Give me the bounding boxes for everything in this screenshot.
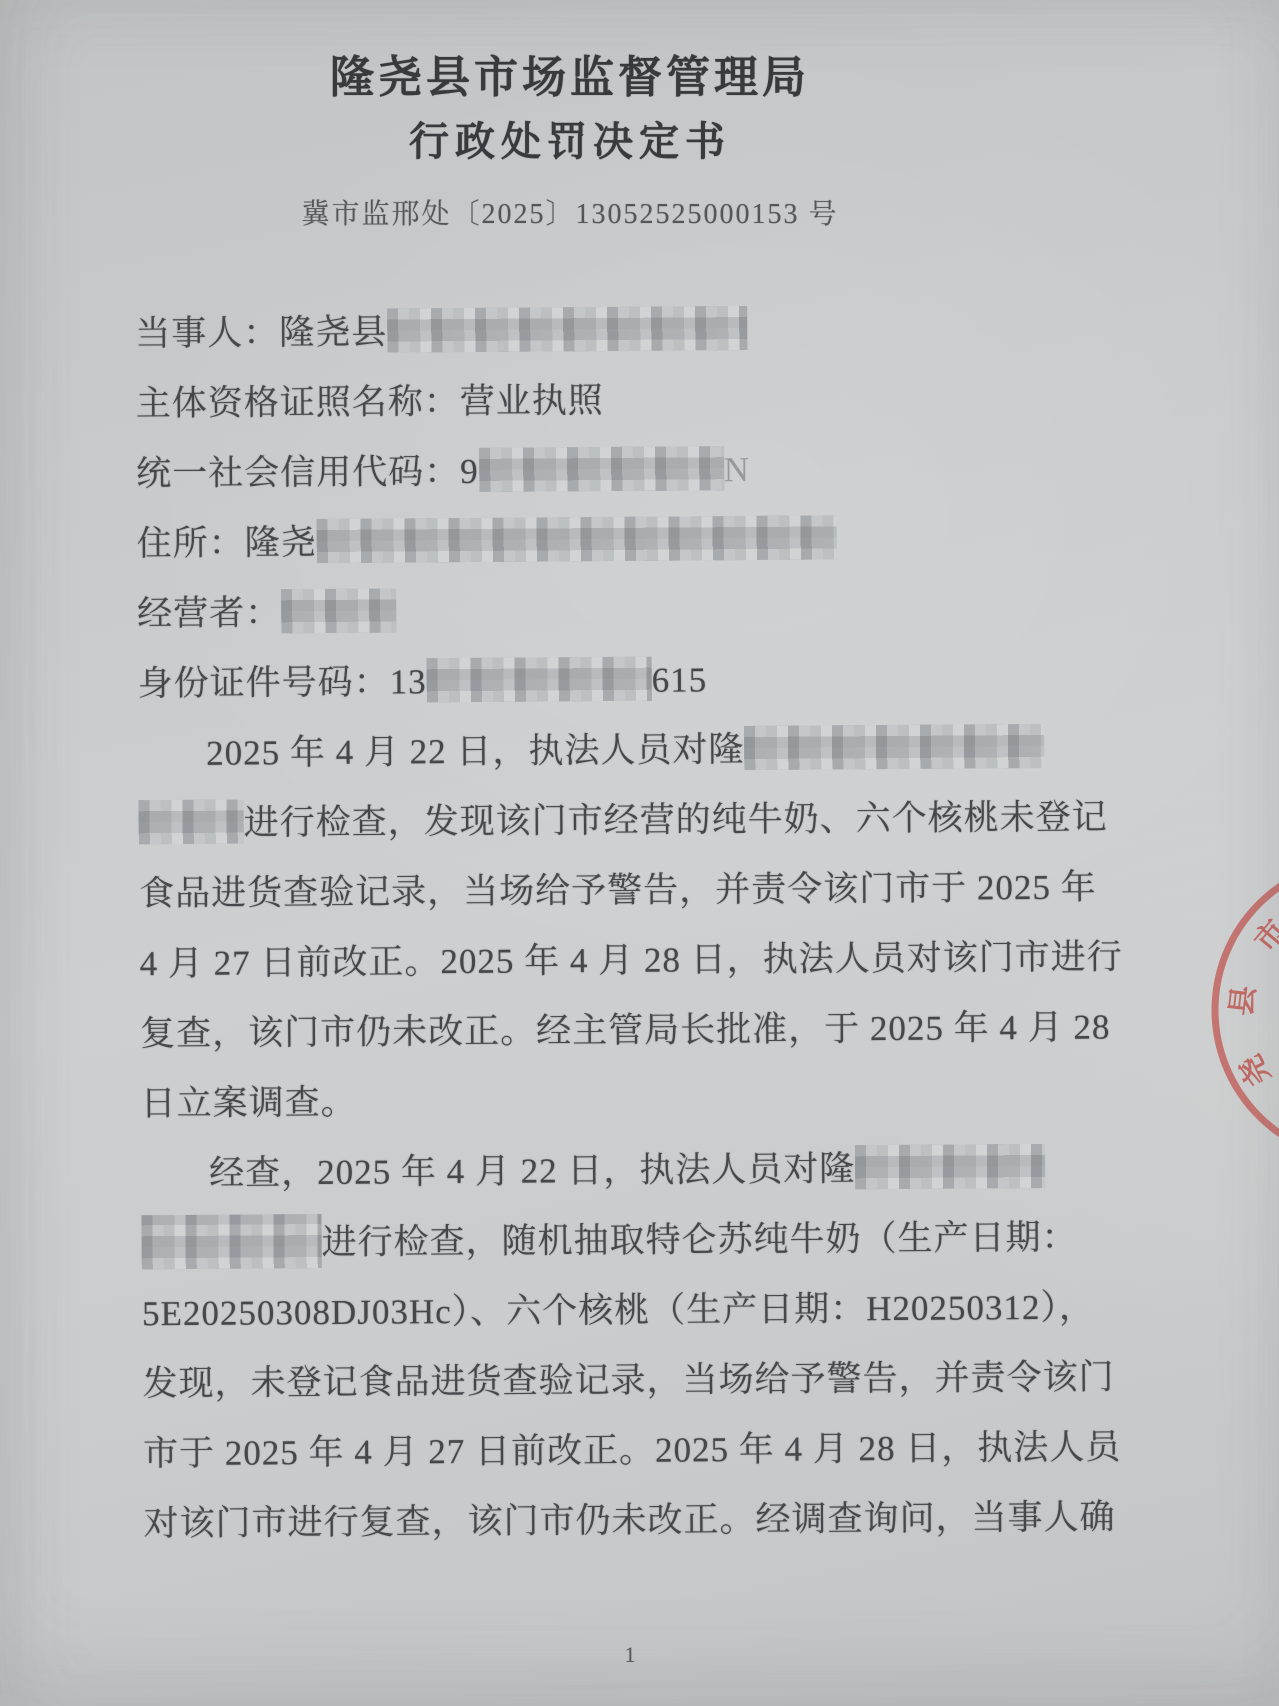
paragraph-line: 进行检查，发现该门市经营的纯牛奶、六个核桃未登记 <box>138 783 1083 860</box>
redaction-mosaic <box>479 446 724 492</box>
info-line: 经营者： <box>137 573 1082 650</box>
text-run: 5E20250308DJ03Hc）、六个核桃（生产日期：H20250312）， <box>142 1288 1095 1334</box>
text-run: 进行检查，发现该门市经营的纯牛奶、六个核桃未登记 <box>244 798 1108 843</box>
paragraph-line: 4 月 27 日前改正。2025 年 4 月 28 日，执法人员对该门市进行 <box>139 923 1084 1000</box>
redaction-mosaic <box>855 1144 1045 1189</box>
text-run: 身份证件号码：13 <box>138 662 427 703</box>
redaction-mosaic <box>427 657 652 703</box>
issuing-authority-title: 隆尧县市场监督管理局 <box>100 48 1040 108</box>
seal-char: 市 <box>1249 914 1279 958</box>
info-line: 主体资格证照名称：营业执照 <box>136 363 1081 440</box>
redaction-mosaic <box>281 588 396 633</box>
redaction-mosaic <box>139 800 244 845</box>
text-run: 住所：隆尧 <box>137 523 317 563</box>
paragraph-line: 对该门市进行复查，该门市仍未改正。经调查询问，当事人确 <box>143 1483 1088 1560</box>
document-header: 隆尧县市场监督管理局 行政处罚决定书 冀市监邢处〔2025〕1305252500… <box>100 48 1040 232</box>
seal-ring <box>1215 860 1279 1160</box>
text-run: 4 月 27 日前改正。2025 年 4 月 28 日，执法人员对该门市进行 <box>140 937 1123 983</box>
redaction-mosaic <box>141 1214 321 1269</box>
info-line: 统一社会信用代码：9N <box>136 433 1081 510</box>
document-number: 冀市监邢处〔2025〕13052525000153 号 <box>100 192 1040 232</box>
redaction-mosaic <box>387 306 747 353</box>
paragraph-line: 发现，未登记食品进货查验记录，当场给予警告，并责令该门 <box>142 1343 1087 1420</box>
paragraph-line: 日立案调查。 <box>140 1063 1085 1140</box>
info-line: 当事人：隆尧县 <box>135 293 1080 370</box>
text-run: 2025 年 4 月 22 日，执法人员对隆 <box>206 730 745 773</box>
text-run: 经营者： <box>137 593 281 633</box>
text-run: 统一社会信用代码：9 <box>136 452 479 493</box>
document-title: 行政处罚决定书 <box>100 116 1040 168</box>
text-run: 市于 2025 年 4 月 27 日前改正。2025 年 4 月 28 日，执法… <box>143 1427 1122 1473</box>
page-number: 1 <box>600 1642 660 1668</box>
redaction-mosaic <box>744 724 1044 770</box>
paragraph-line: 复查，该门市仍未改正。经主管局长批准，于 2025 年 4 月 28 <box>140 993 1085 1070</box>
text-run: 复查，该门市仍未改正。经主管局长批准，于 2025 年 4 月 28 <box>140 1008 1111 1054</box>
text-run: 主体资格证照名称：营业执照 <box>136 381 604 423</box>
document-body: 当事人：隆尧县主体资格证照名称：营业执照统一社会信用代码：9N住所：隆尧经营者：… <box>135 293 1089 1560</box>
text-run: 615 <box>652 660 708 699</box>
text-run: 进行检查，随机抽取特仑苏纯牛奶（生产日期： <box>321 1218 1077 1262</box>
text-run: 食品进货查验记录，当场给予警告，并责令该门市于 2025 年 <box>139 868 1097 914</box>
info-line: 住所：隆尧 <box>136 503 1081 580</box>
document-page: 隆尧县市场监督管理局 行政处罚决定书 冀市监邢处〔2025〕1305252500… <box>0 0 1279 1706</box>
text-run: 对该门市进行复查，该门市仍未改正。经调查询问，当事人确 <box>143 1497 1115 1543</box>
text-run: 日立案调查。 <box>140 1083 356 1124</box>
text-run: 当事人：隆尧县 <box>135 313 387 354</box>
text-run: 经查，2025 年 4 月 22 日，执法人员对隆 <box>209 1149 856 1193</box>
paragraph-line: 经查，2025 年 4 月 22 日，执法人员对隆 <box>141 1133 1086 1210</box>
info-line: 身份证件号码：13615 <box>137 643 1082 720</box>
redaction-mosaic <box>317 515 837 563</box>
paragraph-line: 进行检查，随机抽取特仑苏纯牛奶（生产日期： <box>141 1203 1086 1280</box>
paragraph-line: 市于 2025 年 4 月 27 日前改正。2025 年 4 月 28 日，执法… <box>143 1413 1088 1490</box>
seal-char: 县 <box>1225 984 1261 1018</box>
faint-text-run: N <box>724 450 751 489</box>
seal-char: 尧 <box>1234 1049 1277 1091</box>
paragraph-line: 食品进货查验记录，当场给予警告，并责令该门市于 2025 年 <box>139 853 1084 930</box>
paragraph-line: 5E20250308DJ03Hc）、六个核桃（生产日期：H20250312）， <box>142 1273 1087 1350</box>
paragraph-line: 2025 年 4 月 22 日，执法人员对隆 <box>138 713 1083 790</box>
seal-text: 隆 尧 县 市 场 监 督 管 理 局 <box>1225 877 1279 1142</box>
text-run: 发现，未登记食品进货查验记录，当场给予警告，并责令该门 <box>142 1357 1114 1403</box>
